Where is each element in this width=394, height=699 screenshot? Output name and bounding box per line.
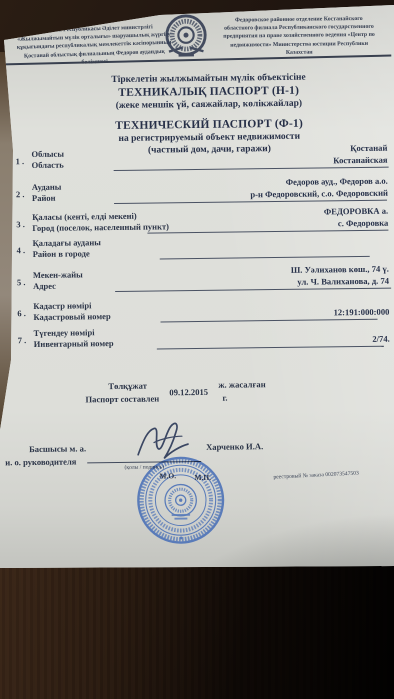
photo-of-document: Қазақстан Республикасы Әділет министрліг… <box>0 0 394 699</box>
field-row-oblast: 1 . ОблысыОбласть ҚостанайКостанайская <box>0 143 393 173</box>
signer-title-ru: и. о. руководителя <box>5 456 76 467</box>
field-number: 5 . <box>17 277 26 287</box>
field-value-ru: с. Федоровка <box>324 217 388 229</box>
kazakhstan-emblem-icon <box>163 13 210 65</box>
field-number: 4 . <box>17 245 26 255</box>
field-number: 3 . <box>16 219 25 229</box>
field-number: 1 . <box>15 156 24 166</box>
signature-block: Басшысы м. а. и. о. руководителя (қолы /… <box>2 416 394 421</box>
field-label-ru: Инвентарный номер <box>34 338 114 350</box>
issued-date: 09.12.2015 <box>169 387 208 397</box>
field-label-kz: Қаладағы ауданы <box>32 237 100 249</box>
round-seal-stamp-icon <box>134 454 227 552</box>
issued-suffix-ru: г. <box>222 393 227 403</box>
field-row-inventar: 7 . Түгендеу нөміріИнвентарный номер 2/7… <box>1 322 394 352</box>
field-value-ru: 12:191:000:000 <box>333 306 389 318</box>
field-rule <box>160 256 370 260</box>
field-rule <box>114 167 389 171</box>
issued-suffix-kz: ж. жасалған <box>218 379 265 390</box>
field-label-ru: Область <box>32 160 65 171</box>
field-row-gorod: 3 . Қаласы (кенті, елді мекені)Город (по… <box>0 206 393 236</box>
field-value-ru: Костанайская <box>333 154 387 166</box>
field-value-kz: ФЕДОРОВКА а. <box>324 206 388 218</box>
field-rule <box>115 288 391 292</box>
field-row-rayon-v-gorode: 4 . Қаладағы ауданыРайон в городе <box>0 232 394 262</box>
field-value-ru: 2/74. <box>372 333 390 345</box>
issued-label-ru: Паспорт составлен <box>85 393 159 404</box>
field-label-kz: Мекен-жайы <box>33 269 83 281</box>
issued-label-kz: Төлқұжат <box>108 381 147 391</box>
field-value-ru: ул. Ч. Валиханова, д. 74 <box>291 275 389 288</box>
registry-number: реестровый № заказа 002073547503 <box>273 471 359 481</box>
signer-title-kz: Басшысы м. а. <box>29 443 86 454</box>
signer-name: Харченко И.А. <box>206 441 263 452</box>
field-label-ru: Район в городе <box>33 248 101 260</box>
field-label-kz: Ауданы <box>32 182 62 193</box>
field-label-ru: Кадастровый номер <box>33 311 110 323</box>
field-value-kz: Қостанай <box>333 143 387 155</box>
field-value-kz: Федоров ауд., Федоров а.о. <box>250 176 388 189</box>
field-label-ru: Адрес <box>33 280 83 292</box>
issued-block: Төлқұжат Паспорт составлен 09.12.2015 ж.… <box>1 374 394 379</box>
field-row-adres: 5 . Мекен-жайыАдрес Ш. Уәлиханов көш., 7… <box>0 264 394 294</box>
field-label-kz: Облысы <box>31 149 64 160</box>
field-number: 7 . <box>18 335 27 345</box>
header-org-russian: Федоровское районное отделение Костанайс… <box>213 15 385 58</box>
field-value-kz: Ш. Уәлиханов көш., 74 ү. <box>291 264 389 277</box>
field-rule <box>157 346 384 350</box>
field-number: 2 . <box>16 189 25 199</box>
field-number: 6 . <box>17 308 26 318</box>
field-row-kadastr: 6 . Кадастр нөміріКадастровый номер 12:1… <box>0 295 394 325</box>
field-value-ru: р-н Федоровский, с.о. Федоровский <box>250 187 388 200</box>
field-label-ru: Район <box>32 193 62 204</box>
field-row-rayon: 2 . АуданыРайон Федоров ауд., Федоров а.… <box>0 176 393 206</box>
